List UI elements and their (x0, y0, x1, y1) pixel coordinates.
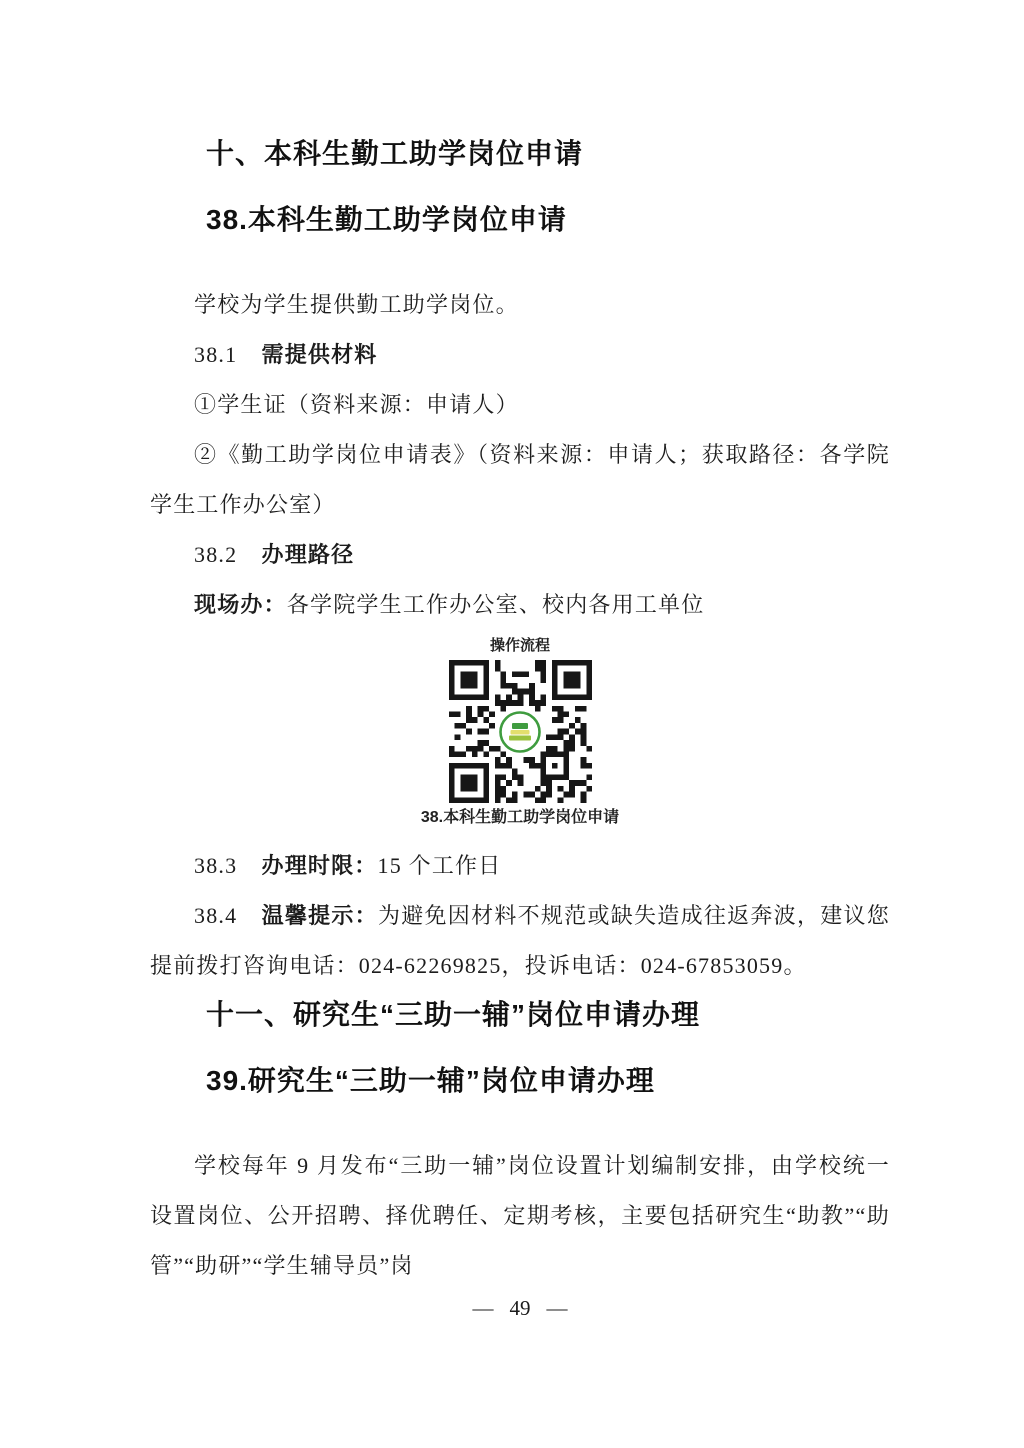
section-heading-11: 十一、研究生“三助一辅”岗位申请办理 (206, 999, 890, 1031)
subsection-number: 38.3 (194, 853, 237, 878)
item-heading-39: 39.研究生“三助一辅”岗位申请办理 (206, 1065, 890, 1097)
qr-logo-book-icon (498, 710, 542, 754)
intro-paragraph: 学校为学生提供勤工助学岗位。 (150, 280, 890, 330)
qr-caption: 38.本科生勤工助学岗位申请 (150, 807, 890, 829)
footer-dash-right: — (547, 1296, 568, 1320)
subsection-number: 38.1 (194, 342, 237, 367)
qr-section: 操作流程 38.本科生勤工助学岗位申请 (150, 636, 890, 829)
subsection-number: 38.4 (194, 903, 237, 928)
page-number: 49 (510, 1293, 531, 1323)
grad-assistant-paragraph: 学校每年 9 月发布“三助一辅”岗位设置计划编制安排，由学校统一设置岗位、公开招… (150, 1141, 890, 1291)
subsection-38-1-heading: 38.1需提供材料 (150, 330, 890, 380)
document-page: 十、本科生勤工助学岗位申请 38.本科生勤工助学岗位申请 学校为学生提供勤工助学… (0, 0, 1024, 1448)
body-text-2: 学校每年 9 月发布“三助一辅”岗位设置计划编制安排，由学校统一设置岗位、公开招… (150, 1141, 890, 1291)
subsection-38-3-line: 38.3办理时限：15 个工作日 (150, 841, 890, 891)
onsite-text: 各学院学生工作办公室、校内各用工单位 (287, 592, 705, 617)
subsection-38-2-heading: 38.2办理路径 (150, 530, 890, 580)
subsection-number: 38.2 (194, 542, 237, 567)
qr-code (449, 660, 592, 803)
time-limit-value: 15 个工作日 (378, 853, 502, 878)
subsection-title: 需提供材料 (262, 342, 378, 367)
onsite-label: 现场办： (194, 592, 287, 617)
material-item-1: ①学生证（资料来源：申请人） (150, 380, 890, 430)
body-text: 学校为学生提供勤工助学岗位。 38.1需提供材料 ①学生证（资料来源：申请人） … (150, 280, 890, 991)
time-limit-label: 办理时限： (262, 853, 378, 878)
tips-label: 温馨提示： (262, 903, 378, 928)
item-heading-38: 38.本科生勤工助学岗位申请 (206, 204, 890, 236)
footer-dash-left: — (473, 1296, 494, 1320)
qr-top-label: 操作流程 (150, 636, 890, 656)
page-footer: —49— (150, 1293, 890, 1323)
material-item-2: ②《勤工助学岗位申请表》（资料来源：申请人；获取路径：各学院学生工作办公室） (150, 430, 890, 530)
subsection-38-4-paragraph: 38.4温馨提示：为避免因材料不规范或缺失造成往返奔波，建议您提前拨打咨询电话：… (150, 891, 890, 991)
section-heading-10: 十、本科生勤工助学岗位申请 (206, 138, 890, 170)
subsection-title: 办理路径 (262, 542, 355, 567)
onsite-channel-line: 现场办：各学院学生工作办公室、校内各用工单位 (150, 580, 890, 630)
